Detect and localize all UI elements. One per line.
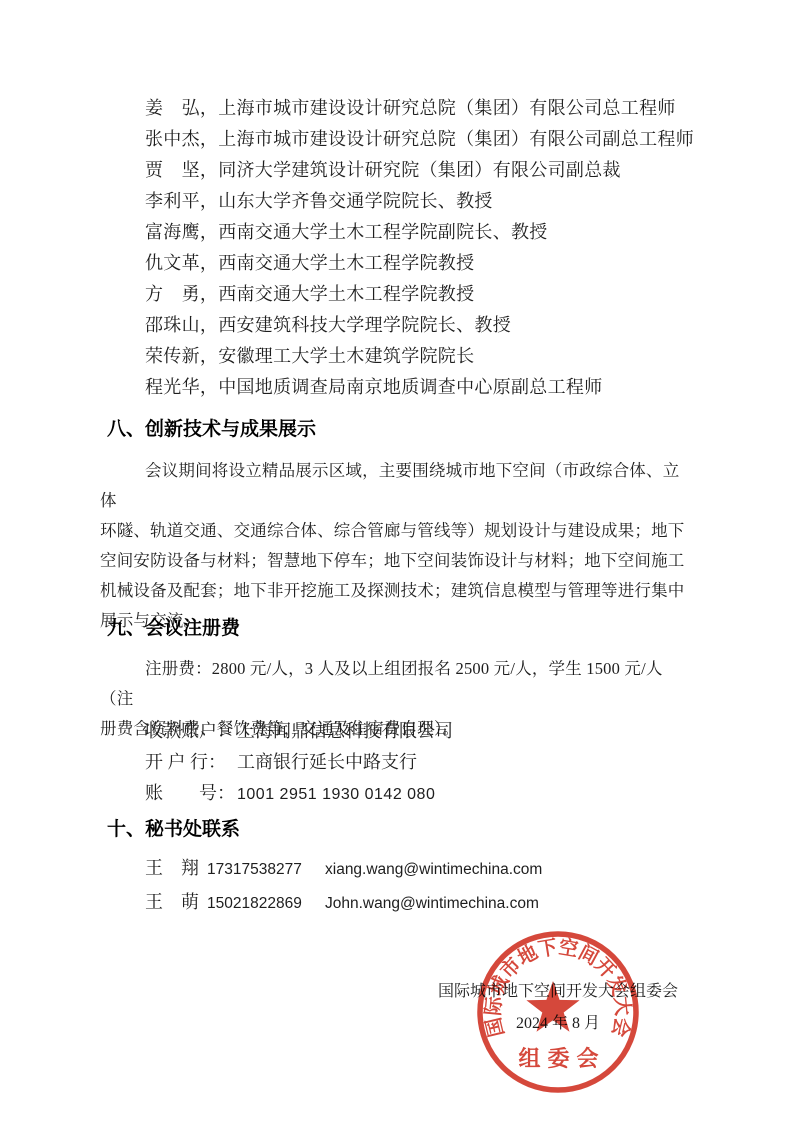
contact-phone: 17317538277	[207, 854, 325, 886]
payment-value: 工商银行延长中路支行	[237, 752, 417, 772]
expert-list: 姜 弘，上海市城市建设设计研究总院（集团）有限公司总工程师 张中杰，上海市城市建…	[145, 93, 705, 403]
expert-list-item: 姜 弘，上海市城市建设设计研究总院（集团）有限公司总工程师	[145, 93, 705, 124]
document-page: 姜 弘，上海市城市建设设计研究总院（集团）有限公司总工程师 张中杰，上海市城市建…	[0, 0, 800, 1130]
payment-account-number: 1001 2951 1930 0142 080	[237, 786, 435, 803]
payment-label: 收款账户：	[145, 716, 237, 747]
expert-list-item: 荣传新，安徽理工大学土木建筑学院院长	[145, 341, 705, 372]
payment-label: 开 户 行：	[145, 747, 237, 778]
contact-row: 王 翔 17317538277 xiang.wang@wintimechina.…	[145, 852, 542, 886]
contact-email: John.wang@wintimechina.com	[325, 888, 539, 920]
payment-row: 收款账户：上海闻鼎信息科技有限公司	[145, 716, 453, 747]
payment-row: 开 户 行：工商银行延长中路支行	[145, 747, 453, 778]
contact-name: 王 萌	[145, 886, 207, 918]
expert-list-item: 邵珠山，西安建筑科技大学理学院院长、教授	[145, 310, 705, 341]
official-seal: 国际城市地下空间开发大会 组委会	[474, 928, 642, 1096]
expert-list-item: 张中杰，上海市城市建设设计研究总院（集团）有限公司副总工程师	[145, 124, 705, 155]
section8-heading: 八、创新技术与成果展示	[107, 418, 316, 442]
section8-body: 会议期间将设立精品展示区域，主要围绕城市地下空间（市政综合体、立体 环隧、轨道交…	[100, 456, 690, 636]
contact-email: xiang.wang@wintimechina.com	[325, 854, 542, 886]
expert-list-item: 程光华，中国地质调查局南京地质调查中心原副总工程师	[145, 372, 705, 403]
payment-value: 上海闻鼎信息科技有限公司	[237, 721, 453, 741]
contact-phone: 15021822869	[207, 888, 325, 920]
payment-row: 账 号：1001 2951 1930 0142 080	[145, 778, 453, 810]
section9-heading: 九、会议注册费	[107, 617, 240, 641]
seal-star-icon	[526, 981, 579, 1032]
contact-row: 王 萌 15021822869 John.wang@wintimechina.c…	[145, 886, 542, 920]
contact-name: 王 翔	[145, 852, 207, 884]
expert-list-item: 方 勇，西南交通大学土木工程学院教授	[145, 279, 705, 310]
expert-list-item: 仇文革，西南交通大学土木工程学院教授	[145, 248, 705, 279]
expert-list-item: 富海鹰，西南交通大学土木工程学院副院长、教授	[145, 217, 705, 248]
expert-list-item: 李利平，山东大学齐鲁交通学院院长、教授	[145, 186, 705, 217]
section10-heading: 十、秘书处联系	[107, 818, 240, 842]
payment-info: 收款账户：上海闻鼎信息科技有限公司 开 户 行：工商银行延长中路支行 账 号：1…	[145, 716, 453, 810]
payment-label: 账 号：	[145, 778, 237, 809]
seal-bottom-text: 组委会	[518, 1046, 605, 1071]
expert-list-item: 贾 坚，同济大学建筑设计研究院（集团）有限公司副总裁	[145, 155, 705, 186]
contact-list: 王 翔 17317538277 xiang.wang@wintimechina.…	[145, 852, 542, 920]
